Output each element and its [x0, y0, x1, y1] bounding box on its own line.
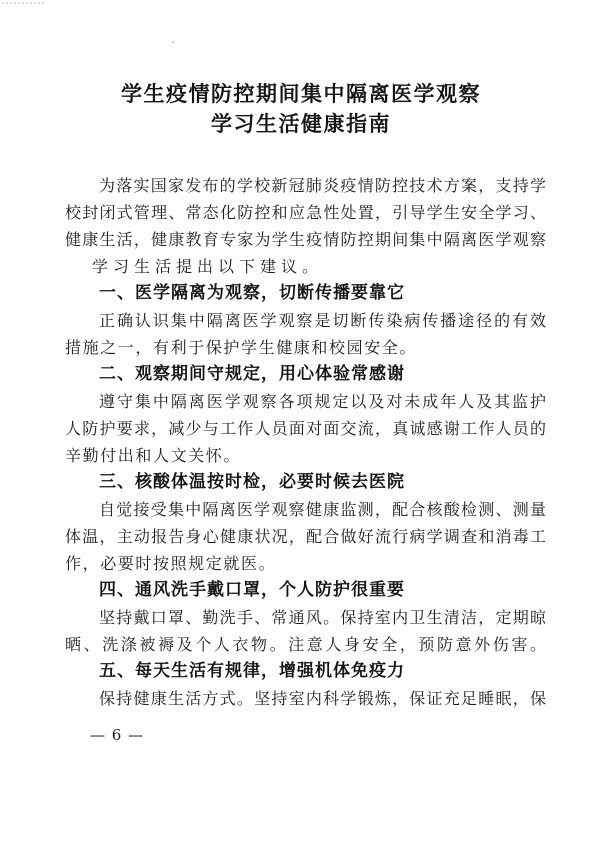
- title-line-2: 学习生活健康指南: [60, 109, 542, 139]
- section-3-heading: 三、核酸体温按时检，必要时候去医院: [65, 469, 547, 496]
- document-title: 学生疫情防控期间集中隔离医学观察 学习生活健康指南: [60, 79, 542, 139]
- section-4-line: 晒、洗涤被褥及个人衣物。注意人身安全，预防意外伤害。: [65, 631, 547, 658]
- section-2-heading: 二、观察期间守规定，用心体验常感谢: [65, 361, 547, 388]
- section-1-line: 措施之一，有利于保护学生健康和校园安全。: [65, 334, 547, 361]
- intro-line: 为落实国家发布的学校新冠肺炎疫情防控技术方案，支持学: [65, 172, 547, 199]
- document-body: 为落实国家发布的学校新冠肺炎疫情防控技术方案，支持学 校封闭式管理、常态化防控和…: [65, 172, 547, 712]
- section-1-heading: 一、医学隔离为观察，切断传播要靠它: [65, 280, 547, 307]
- scan-artifact-dot: [172, 41, 174, 43]
- section-3-line: 体温，主动报告身心健康状况，配合做好流行病学调查和消毒工: [65, 523, 547, 550]
- section-5-line: 保持健康生活方式。坚持室内科学锻炼，保证充足睡眠，保: [65, 685, 547, 712]
- section-1-line: 正确认识集中隔离医学观察是切断传染病传播途径的有效: [65, 307, 547, 334]
- document-page: 学生疫情防控期间集中隔离医学观察 学习生活健康指南 为落实国家发布的学校新冠肺炎…: [0, 0, 602, 850]
- section-2-line: 遵守集中隔离医学观察各项规定以及对未成年人及其监护: [65, 388, 547, 415]
- section-3-line: 作，必要时按照规定就医。: [65, 550, 547, 577]
- page-number: — 6 —: [90, 726, 144, 744]
- section-2-line: 辛勤付出和人文关怀。: [65, 442, 547, 469]
- title-line-1: 学生疫情防控期间集中隔离医学观察: [60, 79, 542, 109]
- scan-artifact-smudge: [2, 2, 44, 4]
- section-4-heading: 四、通风洗手戴口罩，个人防护很重要: [65, 577, 547, 604]
- section-2-line: 人防护要求，减少与工作人员面对面交流，真诚感谢工作人员的: [65, 415, 547, 442]
- intro-line: 健康生活，健康教育专家为学生疫情防控期间集中隔离医学观察: [65, 226, 547, 253]
- intro-line: 校封闭式管理、常态化防控和应急性处置，引导学生安全学习、: [65, 199, 547, 226]
- intro-line: 学习生活提出以下建议。: [65, 253, 547, 280]
- section-3-line: 自觉接受集中隔离医学观察健康监测，配合核酸检测、测量: [65, 496, 547, 523]
- section-4-line: 坚持戴口罩、勤洗手、常通风。保持室内卫生清洁，定期晾: [65, 604, 547, 631]
- section-5-heading: 五、每天生活有规律，增强机体免疫力: [65, 658, 547, 685]
